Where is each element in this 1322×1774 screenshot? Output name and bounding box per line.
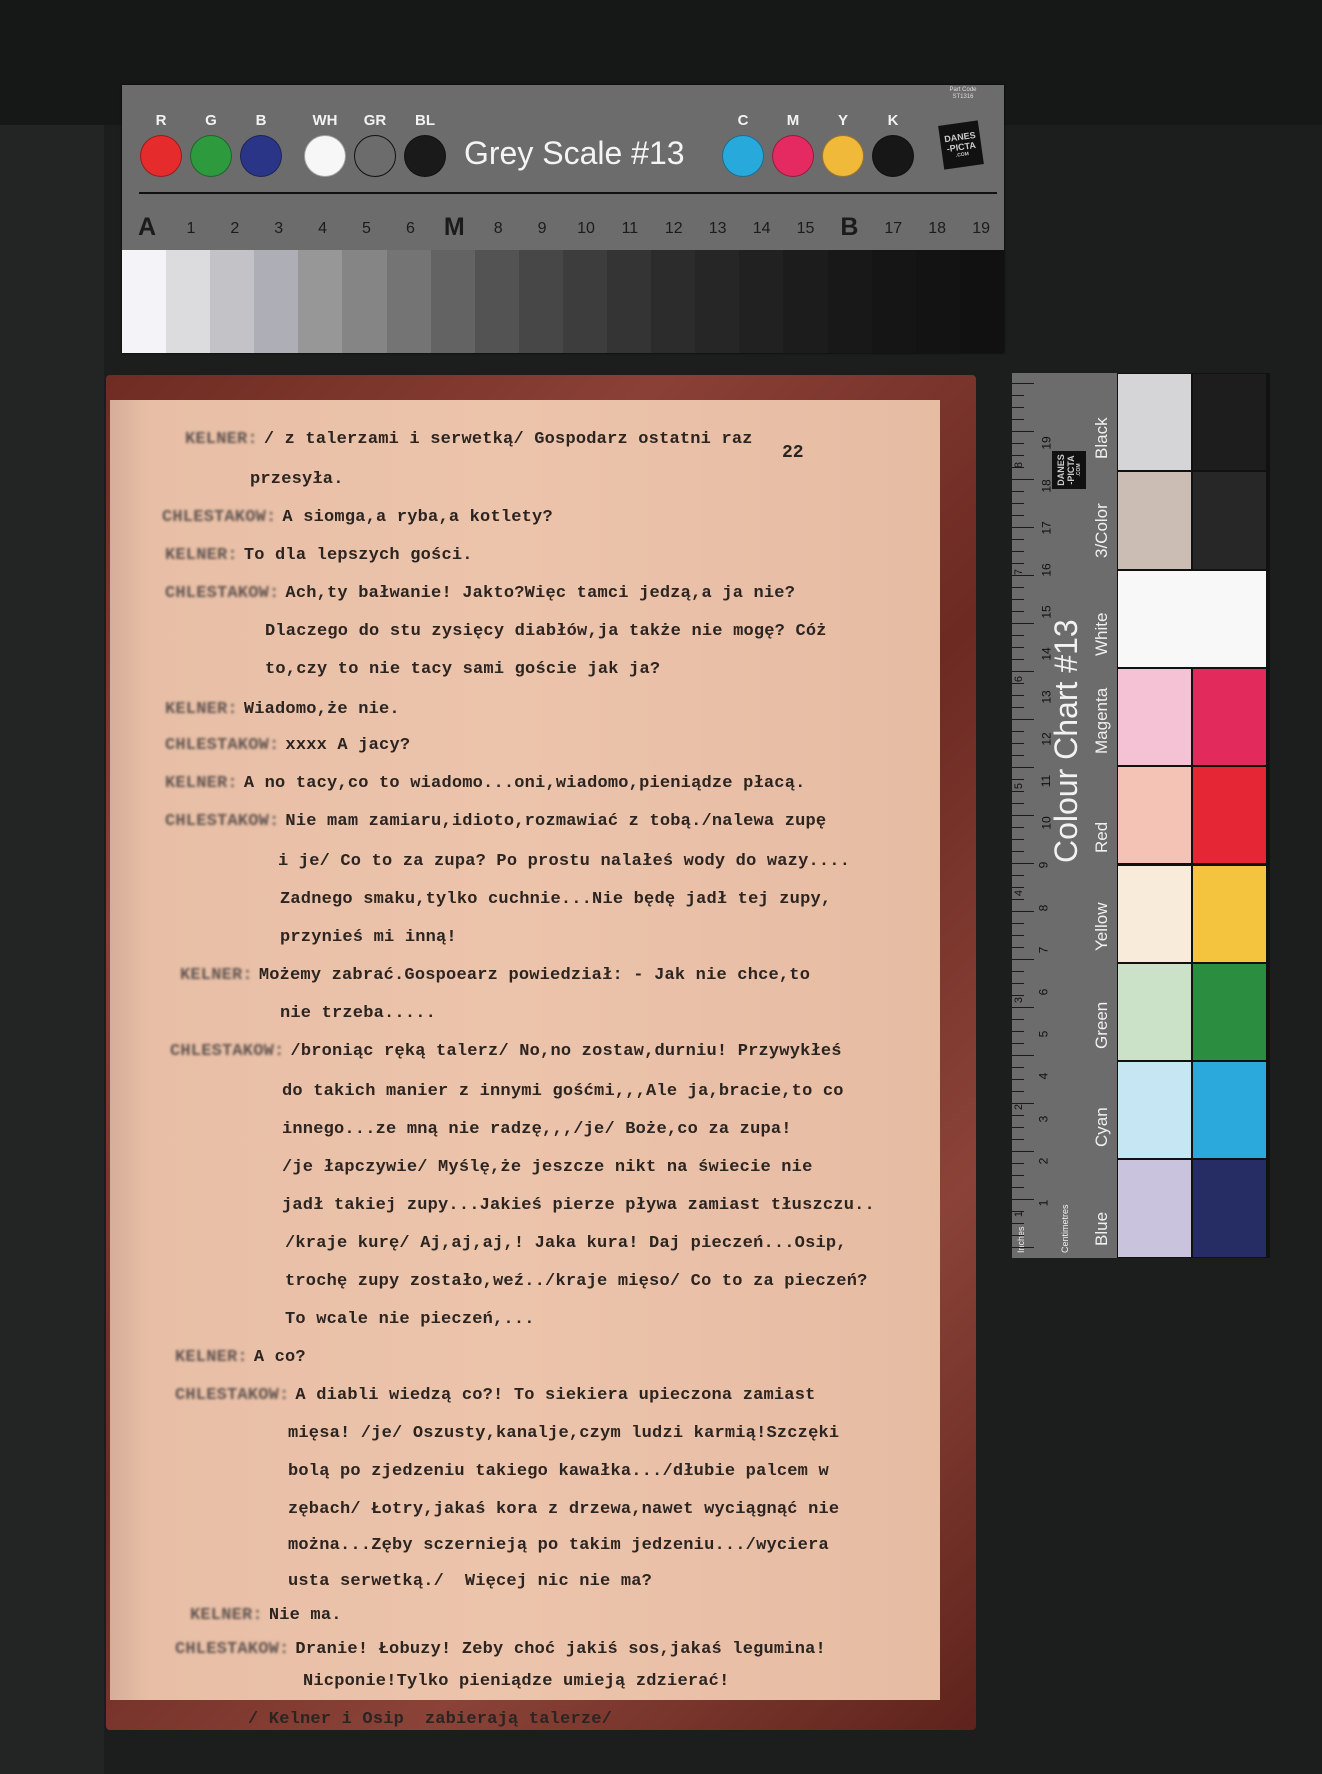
swatch-dark: [1192, 1061, 1267, 1159]
ruler-tick: [1012, 863, 1034, 864]
grey-patch: [210, 250, 254, 353]
swatch-light: [1117, 668, 1192, 766]
dialogue-text: /kraje kurę/ Aj,aj,aj,! Jaka kura! Daj p…: [285, 1234, 847, 1253]
swatch-label: Yellow: [1092, 902, 1112, 951]
color-dot: [404, 135, 446, 177]
scale-label: B: [832, 213, 866, 242]
dialogue-text: można...Zęby sczernieją po takim jedzeni…: [288, 1536, 829, 1555]
dialogue-text: xxxx A jacy?: [285, 736, 410, 755]
grey-patch: [739, 250, 783, 353]
grey-patch: [298, 250, 342, 353]
dialogue-text: zębach/ Łotry,jakaś kora z drzewa,nawet …: [288, 1500, 839, 1519]
logo-line: DANES: [1056, 451, 1066, 489]
dialogue-text: / Kelner i Osip zabierają talerze/: [248, 1710, 612, 1729]
grey-patch: [122, 250, 166, 353]
ruler-tick: [1012, 755, 1024, 756]
dialogue-text: / z talerzami i serwetką/ Gospodarz osta…: [264, 430, 753, 449]
dialogue-text: Dranie! Łobuzy! Zeby choć jakiś sos,jaka…: [295, 1640, 826, 1659]
dialogue-text: mięsa! /je/ Oszusty,kanalje,czym ludzi k…: [288, 1424, 839, 1443]
dialogue-text: bolą po zjedzeniu takiego kawałka.../dłu…: [288, 1462, 829, 1481]
inch-label: 8: [1013, 462, 1025, 468]
ruler-tick: [1012, 815, 1034, 816]
swatch-label: White: [1092, 612, 1112, 655]
text-line: KELNER:Nie ma.: [190, 1606, 342, 1625]
dot-label: GR: [355, 112, 395, 129]
grey-patch: [475, 250, 519, 353]
text-line: przesyła.: [250, 470, 344, 489]
dot-label: C: [723, 112, 763, 129]
dialogue-text: przynieś mi inną!: [280, 928, 457, 947]
cm-label: 9: [1036, 862, 1050, 869]
text-line: innego...ze mną nie radzę,,,/je/ Boże,co…: [282, 1120, 792, 1139]
ruler-tick: [1012, 1043, 1024, 1044]
ruler-tick: [1012, 983, 1024, 984]
text-line: mięsa! /je/ Oszusty,kanalje,czym ludzi k…: [288, 1424, 839, 1443]
ruler-tick: [1012, 635, 1024, 636]
cm-label: 3: [1036, 1115, 1050, 1122]
dialogue-text: i je/ Co to za zupa? Po prostu nalałeś w…: [278, 852, 850, 871]
grey-patch: [519, 250, 563, 353]
ruler-tick: [1012, 671, 1034, 672]
scale-label: 8: [481, 220, 515, 238]
text-line: trochę zupy zostało,weź../kraje mięso/ C…: [285, 1272, 868, 1291]
swatch-dark: [1192, 865, 1267, 963]
ruler-tick: [1012, 1031, 1024, 1032]
ruler-tick: [1012, 551, 1024, 552]
logo-line: -PICTA: [1066, 451, 1076, 489]
grey-patch: [828, 250, 872, 353]
text-line: Zadnego smaku,tylko cuchnie...Nie będę j…: [280, 890, 831, 909]
ruler-tick: [1012, 995, 1024, 996]
ruler-tick: [1012, 575, 1034, 576]
ruler-tick: [1012, 1247, 1034, 1248]
cm-label: 11: [1039, 775, 1053, 787]
color-dot: [190, 135, 232, 177]
ruler-tick: [1012, 1175, 1024, 1176]
cm-label: 14: [1040, 648, 1054, 661]
dot-label: BL: [405, 112, 445, 129]
grey-patch: [695, 250, 739, 353]
grey-scale-card: Part Code ST1316 RGBWHGRBLCMYK Grey Scal…: [122, 85, 1004, 353]
cm-label: 10: [1040, 817, 1054, 830]
inch-label: 6: [1013, 676, 1025, 682]
ruler-tick: [1012, 719, 1034, 720]
inch-label: 1: [1013, 1211, 1025, 1217]
cm-label: 1: [1036, 1200, 1050, 1207]
text-line: KELNER:To dla lepszych gości.: [165, 546, 473, 565]
ruler-tick: [1012, 959, 1034, 960]
swatch-label: Green: [1092, 1002, 1112, 1049]
ruler-tick: [1012, 803, 1024, 804]
speaker-name: KELNER:: [180, 966, 253, 985]
cm-label: 15: [1040, 606, 1054, 619]
danes-picta-logo: DANES -PICTA .COM: [1052, 451, 1086, 489]
ruler-tick: [1012, 1067, 1024, 1068]
dialogue-text: Wiadomo,że nie.: [244, 700, 400, 719]
ruler-tick: [1012, 1151, 1034, 1152]
grey-patch: [166, 250, 210, 353]
cm-label: 5: [1036, 1031, 1050, 1038]
text-line: CHLESTAKOW:xxxx A jacy?: [165, 736, 410, 755]
dot-label: WH: [305, 112, 345, 129]
dialogue-text: /broniąc ręką talerz/ No,no zostaw,durni…: [290, 1042, 841, 1061]
grey-patch: [387, 250, 431, 353]
ruler-tick: [1012, 563, 1024, 564]
inch-label: 7: [1013, 569, 1025, 575]
swatch-dark: [1192, 373, 1267, 471]
dialogue-text: A co?: [254, 1348, 306, 1367]
dialogue-text: A diabli wiedzą co?! To siekiera upieczo…: [295, 1386, 815, 1405]
ruler-tick: [1012, 1055, 1034, 1056]
scale-label: 19: [964, 220, 998, 238]
dialogue-text: trochę zupy zostało,weź../kraje mięso/ C…: [285, 1272, 868, 1291]
ruler-tick: [1012, 827, 1024, 828]
ruler-tick: [1012, 443, 1024, 444]
cm-label: 4: [1036, 1073, 1050, 1080]
text-line: bolą po zjedzeniu takiego kawałka.../dłu…: [288, 1462, 829, 1481]
cm-label: 18: [1040, 479, 1054, 492]
dialogue-text: do takich manier z innymi gośćmi,,,Ale j…: [282, 1082, 844, 1101]
unit-centimetres: Centimetres: [1060, 1204, 1070, 1253]
swatch-label: 3/Color: [1092, 503, 1112, 558]
ruler-tick: [1012, 1091, 1024, 1092]
scale-label: 14: [745, 220, 779, 238]
color-dot: [822, 135, 864, 177]
ruler-tick: [1012, 1223, 1024, 1224]
scale-label: 6: [393, 220, 427, 238]
text-line: i je/ Co to za zupa? Po prostu nalałeś w…: [278, 852, 850, 871]
ruler-tick: [1012, 1187, 1024, 1188]
ruler: Colour Chart #13 DANES -PICTA .COM Inche…: [1012, 373, 1117, 1258]
text-line: Dlaczego do stu zysięcy diabłów,ja także…: [265, 622, 827, 641]
danes-picta-logo: DANES -PICTA .COM: [938, 120, 984, 169]
dot-label: Y: [823, 112, 863, 129]
text-line: Nicponie!Tylko pieniądze umieją zdzierać…: [303, 1672, 729, 1691]
text-line: KELNER:A no tacy,co to wiadomo...oni,wia…: [165, 774, 806, 793]
text-line: można...Zęby sczernieją po takim jedzeni…: [288, 1536, 829, 1555]
text-line: do takich manier z innymi gośćmi,,,Ale j…: [282, 1082, 844, 1101]
ruler-tick: [1012, 479, 1034, 480]
ruler-tick: [1012, 1115, 1024, 1116]
document-page: 22 KELNER:/ z talerzami i serwetką/ Gosp…: [110, 400, 940, 1700]
color-dot: [140, 135, 182, 177]
dialogue-text: Możemy zabrać.Gospoearz powiedział: - Ja…: [259, 966, 810, 985]
scale-label: 10: [569, 220, 603, 238]
color-dot: [722, 135, 764, 177]
text-line: przynieś mi inną!: [280, 928, 457, 947]
speaker-name: CHLESTAKOW:: [175, 1386, 289, 1405]
ruler-tick: [1012, 419, 1024, 420]
swatch-dark: [1192, 1159, 1267, 1257]
dot-label: R: [141, 112, 181, 129]
ruler-tick: [1012, 407, 1024, 408]
swatch-light: [1117, 1159, 1192, 1257]
text-line: nie trzeba.....: [280, 1004, 436, 1023]
ruler-tick: [1012, 1163, 1024, 1164]
scale-label: 1: [174, 220, 208, 238]
cm-label: 2: [1036, 1157, 1050, 1164]
ruler-tick: [1012, 527, 1034, 528]
text-line: KELNER:A co?: [175, 1348, 306, 1367]
swatch-light: [1117, 1061, 1192, 1159]
ruler-tick: [1012, 1235, 1024, 1236]
dot-label: M: [773, 112, 813, 129]
scale-label: 9: [525, 220, 559, 238]
cm-label: 19: [1040, 437, 1054, 450]
logo-line: .COM: [1076, 451, 1082, 489]
scale-label: 12: [657, 220, 691, 238]
dialogue-text: To dla lepszych gości.: [244, 546, 473, 565]
grey-patch: [431, 250, 475, 353]
scale-label: 2: [218, 220, 252, 238]
swatch-light: [1117, 766, 1192, 864]
ruler-tick: [1012, 503, 1024, 504]
speaker-name: CHLESTAKOW:: [175, 1640, 289, 1659]
part-code-value: ST1316: [938, 94, 988, 101]
dot-label: K: [873, 112, 913, 129]
swatch-light: [1117, 963, 1192, 1061]
unit-inches: Inches: [1016, 1226, 1026, 1253]
text-line: /je łapczywie/ Myślę,że jeszcze nikt na …: [282, 1158, 813, 1177]
ruler-tick: [1012, 431, 1034, 432]
color-dot: [772, 135, 814, 177]
dialogue-text: Dlaczego do stu zysięcy diabłów,ja także…: [265, 622, 827, 641]
ruler-tick: [1012, 767, 1034, 768]
cm-label: 12: [1040, 732, 1054, 745]
scale-label: 3: [262, 220, 296, 238]
color-dot: [872, 135, 914, 177]
text-line: CHLESTAKOW:Dranie! Łobuzy! Zeby choć jak…: [175, 1640, 826, 1659]
ruler-tick: [1012, 947, 1024, 948]
dot-label: B: [241, 112, 281, 129]
dialogue-text: /je łapczywie/ Myślę,że jeszcze nikt na …: [282, 1158, 813, 1177]
grey-patch: [607, 250, 651, 353]
ruler-tick: [1012, 683, 1024, 684]
ruler-tick: [1012, 395, 1024, 396]
ruler-tick: [1012, 455, 1024, 456]
cm-label: 16: [1040, 563, 1054, 576]
dialogue-text: przesyła.: [250, 470, 344, 489]
ruler-tick: [1012, 1007, 1034, 1008]
grey-patch: [872, 250, 916, 353]
scale-label: 18: [920, 220, 954, 238]
ruler-tick: [1012, 839, 1024, 840]
text-line: KELNER:/ z talerzami i serwetką/ Gospoda…: [185, 430, 753, 449]
swatch-label: Magenta: [1092, 688, 1112, 754]
part-code-label: Part Code: [938, 87, 988, 94]
grey-patch: [563, 250, 607, 353]
inch-label: 2: [1013, 1104, 1025, 1110]
dialogue-text: A siomga,a ryba,a kotlety?: [282, 508, 552, 527]
swatch-light: [1117, 471, 1192, 569]
ruler-tick: [1012, 1139, 1024, 1140]
text-line: KELNER:Wiadomo,że nie.: [165, 700, 400, 719]
ruler-tick: [1012, 887, 1024, 888]
ruler-tick: [1012, 647, 1024, 648]
divider: [139, 192, 997, 194]
ruler-tick: [1012, 515, 1024, 516]
scale-label: 4: [306, 220, 340, 238]
dialogue-text: Zadnego smaku,tylko cuchnie...Nie będę j…: [280, 890, 831, 909]
ruler-tick: [1012, 587, 1024, 588]
ruler-tick: [1012, 491, 1024, 492]
grey-scale-title: Grey Scale #13: [464, 135, 685, 172]
text-line: usta serwetką./ Więcej nic nie ma?: [288, 1572, 652, 1591]
dialogue-text: Nie ma.: [269, 1606, 342, 1625]
text-line: CHLESTAKOW:Nie mam zamiaru,idioto,rozmaw…: [165, 812, 826, 831]
swatch-dark: [1192, 668, 1267, 766]
grey-patch: [651, 250, 695, 353]
cm-label: 8: [1036, 904, 1050, 911]
part-code: Part Code ST1316: [938, 87, 988, 101]
scale-label: 15: [789, 220, 823, 238]
ruler-tick: [1012, 707, 1024, 708]
speaker-name: KELNER:: [165, 774, 238, 793]
ruler-tick: [1012, 935, 1024, 936]
ruler-tick: [1012, 731, 1024, 732]
swatch-label: Black: [1092, 418, 1112, 460]
speaker-name: CHLESTAKOW:: [162, 508, 276, 527]
ruler-tick: [1012, 1019, 1024, 1020]
color-dot: [304, 135, 346, 177]
swatch-light: [1117, 865, 1192, 963]
text-line: To wcale nie pieczeń,...: [285, 1310, 535, 1329]
colour-chart: Colour Chart #13 DANES -PICTA .COM Inche…: [1012, 373, 1270, 1258]
scale-label: 11: [613, 220, 647, 238]
swatch-label: Cyan: [1092, 1108, 1112, 1148]
swatch-label: Blue: [1092, 1212, 1112, 1246]
page-number: 22: [782, 443, 804, 463]
inch-label: 5: [1013, 783, 1025, 789]
ruler-tick: [1012, 899, 1024, 900]
dialogue-text: A no tacy,co to wiadomo...oni,wiadomo,pi…: [244, 774, 806, 793]
grey-scale-strip: [122, 250, 1004, 353]
dot-label: G: [191, 112, 231, 129]
scale-label: 17: [876, 220, 910, 238]
ruler-tick: [1012, 743, 1024, 744]
color-dot: [240, 135, 282, 177]
text-line: CHLESTAKOW:Ach,ty bałwanie! Jakto?Więc t…: [165, 584, 795, 603]
ruler-tick: [1012, 1079, 1024, 1080]
side-board: [0, 125, 104, 1774]
scale-label: 13: [701, 220, 735, 238]
dialogue-text: innego...ze mną nie radzę,,,/je/ Boże,co…: [282, 1120, 792, 1139]
ruler-tick: [1012, 539, 1024, 540]
ruler-tick: [1012, 851, 1024, 852]
ruler-tick: [1012, 1199, 1034, 1200]
cm-label: 13: [1040, 690, 1054, 703]
cm-label: 6: [1036, 989, 1050, 996]
scale-label: M: [437, 213, 471, 242]
inch-label: 3: [1013, 997, 1025, 1003]
text-line: KELNER:Możemy zabrać.Gospoearz powiedzia…: [180, 966, 810, 985]
grey-patch: [783, 250, 827, 353]
swatch-white: [1117, 570, 1267, 668]
ruler-tick: [1012, 791, 1024, 792]
ruler-tick: [1012, 659, 1024, 660]
text-line: CHLESTAKOW:A siomga,a ryba,a kotlety?: [162, 508, 553, 527]
dialogue-text: usta serwetką./ Więcej nic nie ma?: [288, 1572, 652, 1591]
inch-label: 4: [1013, 890, 1025, 896]
speaker-name: CHLESTAKOW:: [165, 812, 279, 831]
speaker-name: KELNER:: [165, 546, 238, 565]
text-line: CHLESTAKOW:A diabli wiedzą co?! To sieki…: [175, 1386, 816, 1405]
ruler-tick: [1012, 599, 1024, 600]
scale-label: 5: [350, 220, 384, 238]
text-line: CHLESTAKOW:/broniąc ręką talerz/ No,no z…: [170, 1042, 842, 1061]
ruler-tick: [1012, 779, 1024, 780]
dialogue-text: to,czy to nie tacy sami goście jak ja?: [265, 660, 660, 679]
speaker-name: KELNER:: [165, 700, 238, 719]
ruler-tick: [1012, 695, 1024, 696]
text-line: /kraje kurę/ Aj,aj,aj,! Jaka kura! Daj p…: [285, 1234, 847, 1253]
grey-patch: [342, 250, 386, 353]
text-line: / Kelner i Osip zabierają talerze/: [248, 1710, 612, 1729]
swatch-dark: [1192, 766, 1267, 864]
speaker-name: KELNER:: [175, 1348, 248, 1367]
speaker-name: KELNER:: [190, 1606, 263, 1625]
dialogue-text: Nie mam zamiaru,idioto,rozmawiać z tobą.…: [285, 812, 826, 831]
color-dot: [354, 135, 396, 177]
cm-label: 17: [1040, 521, 1054, 534]
ruler-tick: [1012, 971, 1024, 972]
cm-label: 7: [1036, 946, 1050, 953]
speaker-name: CHLESTAKOW:: [165, 584, 279, 603]
swatch-dark: [1192, 963, 1267, 1061]
ruler-tick: [1012, 383, 1034, 384]
ruler-tick: [1012, 1127, 1024, 1128]
speaker-name: CHLESTAKOW:: [165, 736, 279, 755]
grey-patch: [960, 250, 1004, 353]
ruler-tick: [1012, 611, 1024, 612]
speaker-name: KELNER:: [185, 430, 258, 449]
text-line: jadł takiej zupy...Jakieś pierze pływa z…: [282, 1196, 875, 1215]
dialogue-text: Ach,ty bałwanie! Jakto?Więc tamci jedzą,…: [285, 584, 795, 603]
swatch-light: [1117, 373, 1192, 471]
dialogue-text: Nicponie!Tylko pieniądze umieją zdzierać…: [303, 1672, 729, 1691]
dialogue-text: To wcale nie pieczeń,...: [285, 1310, 535, 1329]
grey-patch: [254, 250, 298, 353]
ruler-tick: [1012, 623, 1034, 624]
ruler-tick: [1012, 875, 1024, 876]
speaker-name: CHLESTAKOW:: [170, 1042, 284, 1061]
swatch-label: Red: [1092, 821, 1112, 852]
dialogue-text: nie trzeba.....: [280, 1004, 436, 1023]
text-line: zębach/ Łotry,jakaś kora z drzewa,nawet …: [288, 1500, 839, 1519]
grey-patch: [916, 250, 960, 353]
ruler-tick: [1012, 923, 1024, 924]
scale-label: A: [130, 213, 164, 242]
text-line: to,czy to nie tacy sami goście jak ja?: [265, 660, 660, 679]
dialogue-text: jadł takiej zupy...Jakieś pierze pływa z…: [282, 1196, 875, 1215]
ruler-tick: [1012, 911, 1034, 912]
swatch-dark: [1192, 471, 1267, 569]
